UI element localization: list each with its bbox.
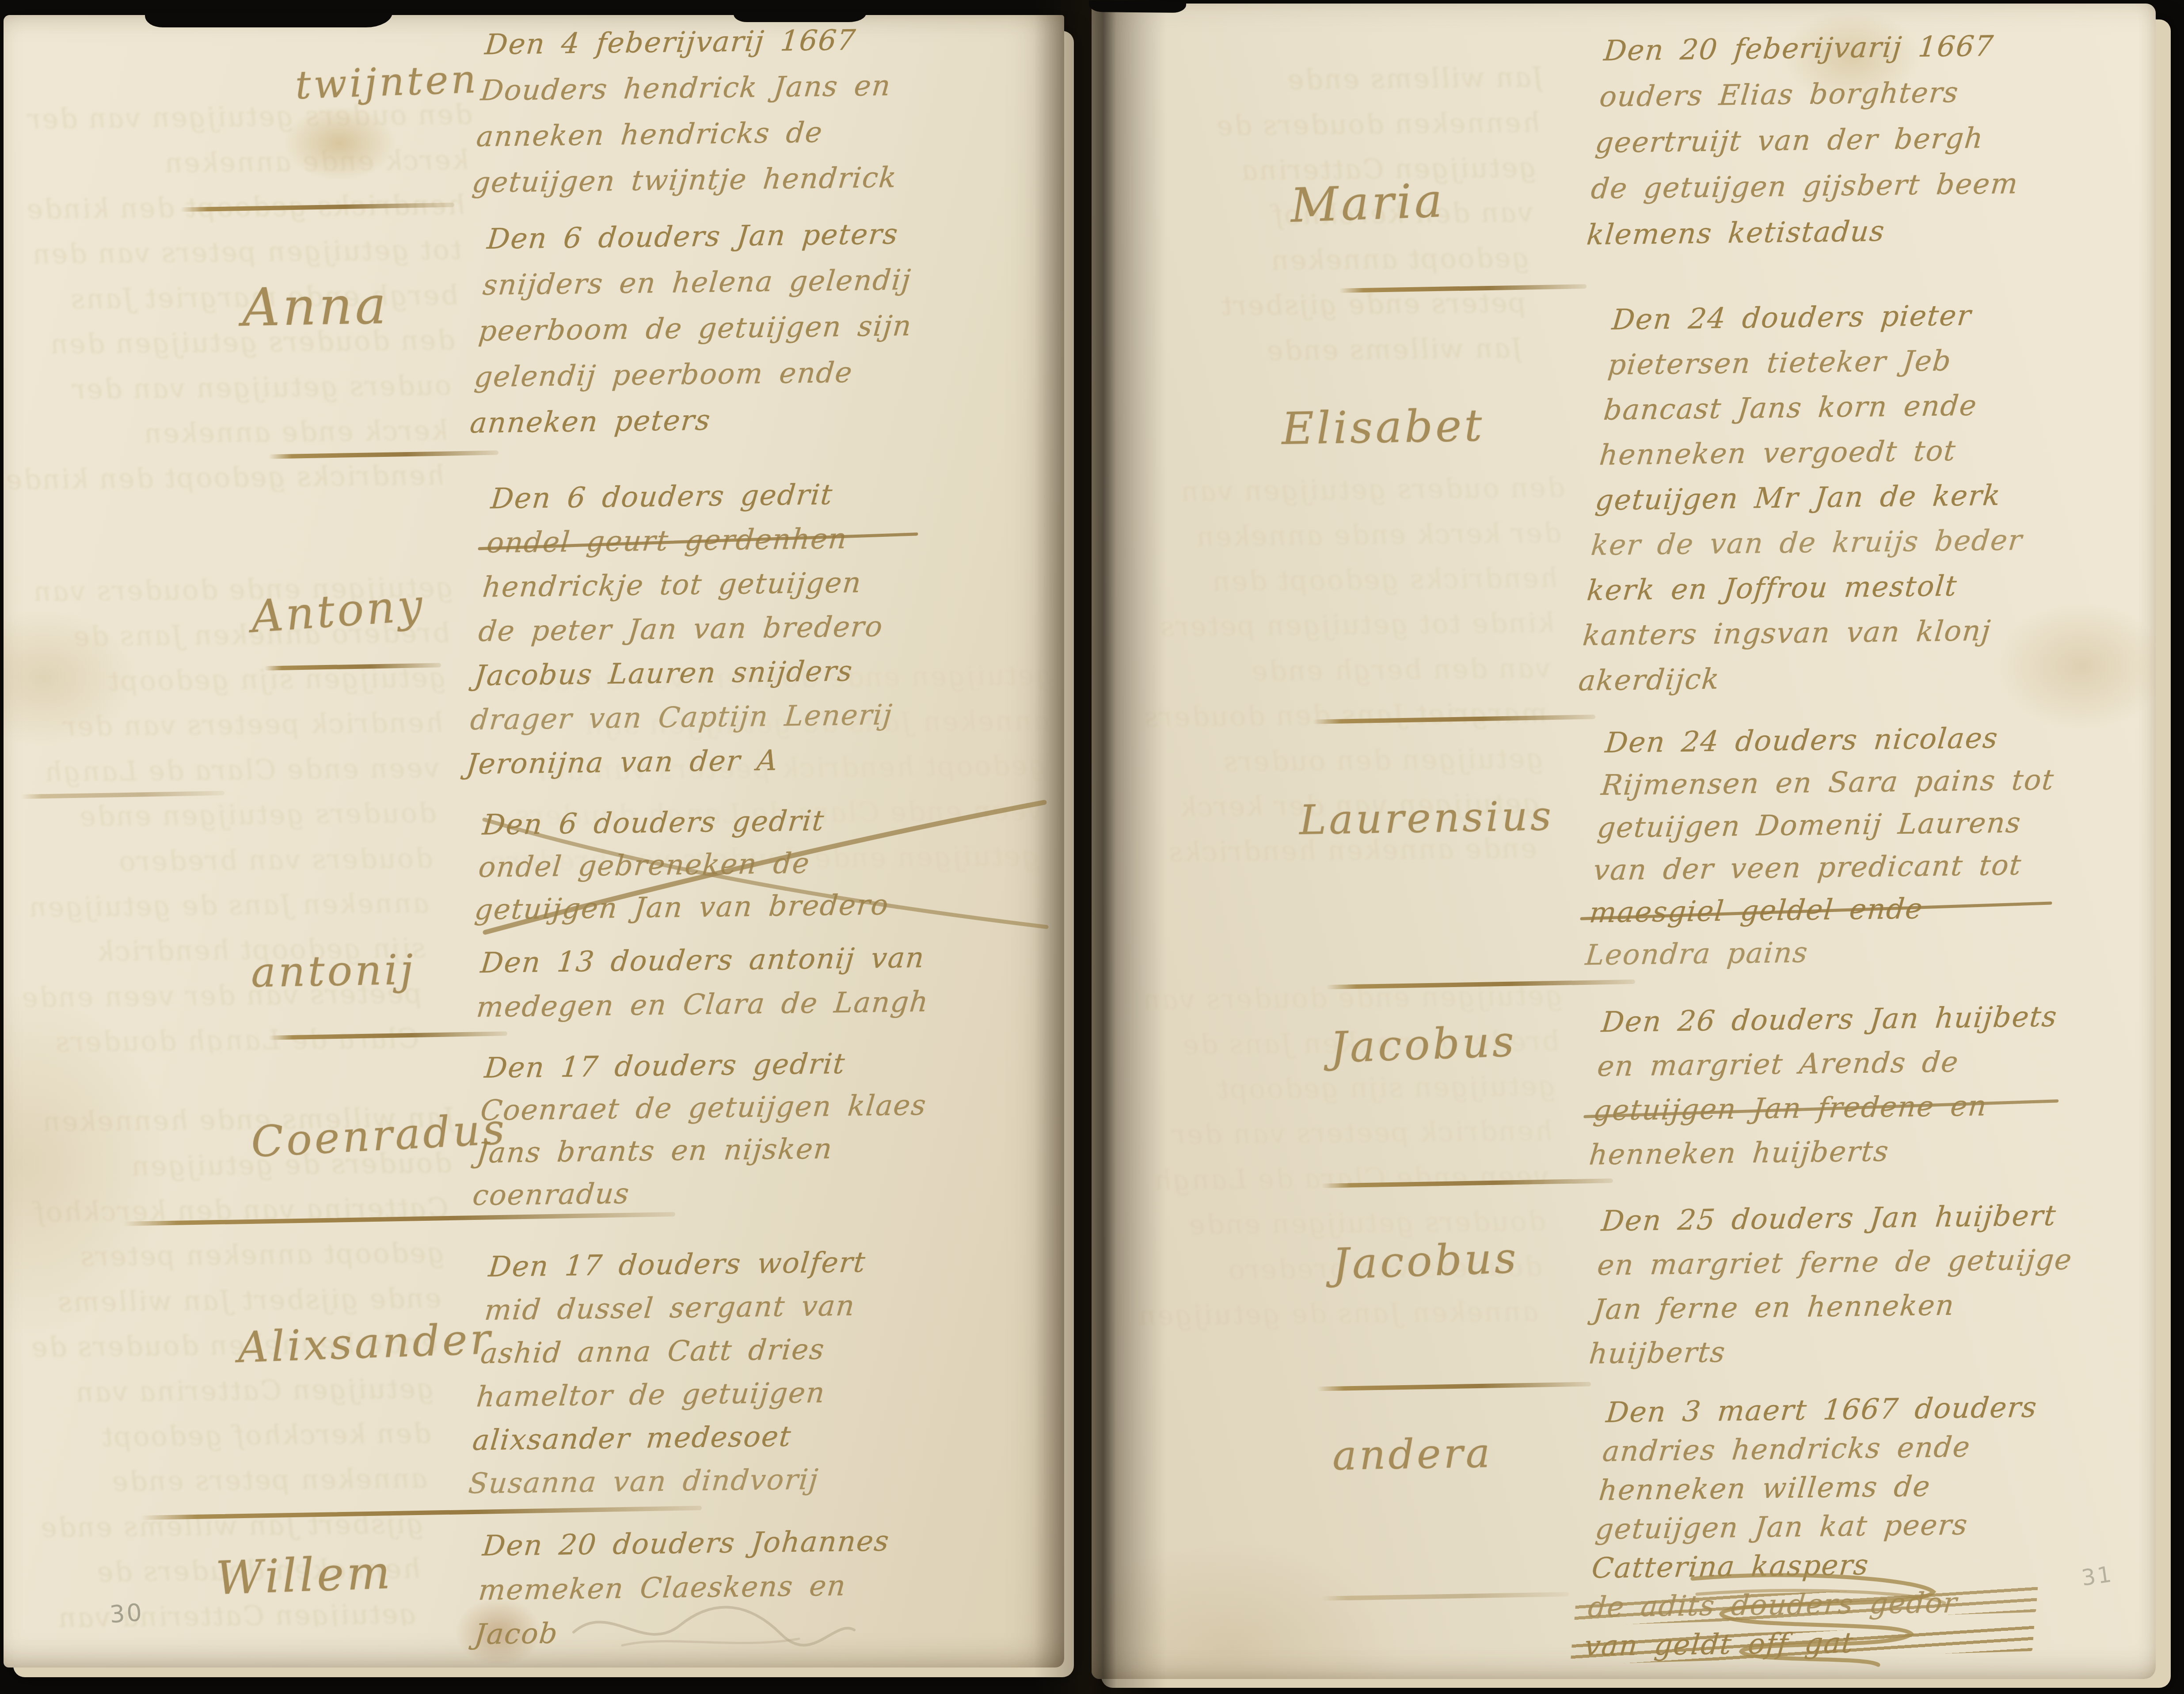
entry-text-line: henneken huijberts [1587,1128,2047,1177]
entry-text-line: huijberts [1587,1326,2066,1376]
entry-text-line: andries hendricks ende [1601,1427,2036,1471]
entry-text-line: ouders Elias borghters [1598,69,2029,120]
entry-text-line: Den 20 feberijvarij 1667 [1602,23,2033,74]
separator-rule [1321,1592,1569,1601]
entry-text-line: hendrickje tot getuijgen [481,560,907,610]
entry-text-line: kanters ingsvan van klonj [1581,608,2017,658]
entry-text-line: Den 17 douders wolfert [487,1241,868,1289]
entry-text-line: alixsander medesoet [471,1414,852,1462]
entry-margin-name: twijnten [294,56,479,108]
separator-rule [1317,1382,1591,1391]
entry-margin-name: Laurensius [1299,792,1554,844]
entry-margin-name: Maria [1290,173,1446,233]
scribble-flourish [1679,1568,1962,1674]
entry-text-line: henneken vergoedt tot [1598,428,2033,478]
entry-text-line: van der veen predicant tot [1591,844,2048,892]
entry-text-line: getuijgen Jan fredene en [1591,1083,2051,1133]
entry-text-line: klemens ketistadus [1585,207,2016,258]
entry-text-line: maesgiel geldel ende [1587,886,2044,934]
entry-text-line: henneken willems de [1597,1466,2032,1510]
entry-text-line: Den 13 douders antonij van [479,936,935,986]
entry-text-line: Leondra pains [1583,929,2040,977]
entry-text-line: coenradus [471,1169,921,1217]
entry-text-line: anneken peters [468,395,906,446]
manuscript-spread: den ouders getuijgen van der kerck ende … [0,0,2184,1694]
entry-text-line: Den 26 douders Jan huijbets [1599,995,2059,1045]
entry-text-line: peerboom de getuijgen sijn [476,303,914,354]
entry-text-line: mid dussel sergant van [483,1284,864,1333]
entry-text-line: medegen en Clara de Langh [475,980,931,1030]
folio-number-pencil: 31 [2080,1561,2115,1591]
entry-margin-name: Elisabet [1281,399,1485,455]
entry-margin-name: Willem [215,1545,394,1605]
entry-text: Den 17 douders wolfertmid dussel sergant… [467,1241,868,1505]
entry-text: Den 20 feberijvarij 1667ouders Elias bor… [1585,23,2033,258]
entry-text-line: geertruijt van der bergh [1593,115,2024,166]
folio-number-pencil: 30 [109,1598,145,1628]
entry-text: Den 6 douders gedritondel geurt gerdenhe… [464,472,915,787]
entry-text: Den 6 douders Jan peterssnijders en hele… [468,211,923,447]
entry-text-line: hameltor de getuijgen [475,1371,856,1419]
entry-text-line: getuijgen Jan kat peers [1594,1505,2028,1549]
entry-text-line: getuijgen twijntje hendrick [470,155,899,206]
entry-text: Den 13 douders antonij vanmedegen en Cla… [475,936,935,1030]
entry-text-line: Douders hendrick Jans en [479,63,908,114]
entry-text-line: de peter Jan van bredero [476,604,903,654]
entry-text-line: bancast Jans korn ende [1602,383,2037,433]
entry-text-line: ondel geurt gerdenhen [485,516,911,566]
entry-text-line: Coenraet de getuijgen klaes [479,1084,928,1132]
entry-text-line: anneken hendricks de [474,109,903,160]
entry-text: Den 24 douders pieterpietersen tieteker … [1576,292,2045,703]
entry-text-line: getuijgen Mr Jan de kerk [1593,473,2029,523]
entry-text-line: Den 25 douders Jan huijbert [1599,1193,2078,1243]
entry-text-line: Jeronijna van der A [464,737,891,786]
entry-text: Den 24 douders nicolaesRijmensen en Sara… [1583,716,2060,976]
entry-text-line: Den 3 maert 1667 douders [1604,1388,2039,1432]
entry-text-line: en margriet Arends de [1595,1039,2055,1089]
left-page: den ouders getuijgen van der kerck ende … [4,15,1064,1667]
entry-text-line: Den 24 douders nicolaes [1603,716,2060,764]
entry-margin-name: Alixsander [237,1314,494,1372]
torn-edge-notch [734,11,866,22]
entry-text-line: pietersen tieteker Jeb [1606,338,2042,388]
entry-text-line: Jan ferne en henneken [1591,1282,2070,1332]
entry-text-line: Den 17 douders gedrit [483,1042,932,1090]
entry-text-line: gelendij peerboom ende [472,349,910,400]
entry-margin-name: Jacobus [1329,1017,1517,1073]
torn-edge-notch [145,12,392,27]
entry-text-line: Den 20 douders Johannes [481,1519,892,1568]
entry-margin-name: andera [1332,1429,1493,1479]
entry-text-line: Den 24 douders pieter [1610,292,2046,342]
entry-text-line: Den 4 feberijvarij 1667 [483,17,912,68]
bleedthrough-text: den ouders getuijgen van der kerck ende … [4,92,474,494]
entry-margin-name: Anna [242,274,389,338]
cross-out-strokes [472,795,1064,941]
entry-text-line: drager van Captijn Lenerij [468,693,895,742]
entry-text-line: en margriet ferne de getuijge [1595,1238,2074,1288]
entry-text: Den 4 feberijvarij 1667Douders hendrick … [470,17,912,206]
entry-text-line: getuijgen Domenij Laurens [1595,801,2052,850]
entry-text-line: de getuijgen gijsbert beem [1589,161,2020,212]
entry-text-line: ashid anna Catt dries [479,1328,860,1376]
entry-text: Den 26 douders Jan huijbetsen margriet A… [1587,995,2059,1177]
entry-text-line: akerdijck [1576,653,2012,703]
entry-text-line: ker de van de kruijs beder [1589,518,2025,568]
ink-flourish [569,1592,861,1659]
entry-text-line: Susanna van dindvorij [467,1458,848,1506]
entry-text-line: Jacobus Lauren snijders [472,649,899,698]
entry-text-line: snijders en helena gelendij [481,257,918,308]
entry-text-line: Den 6 douders Jan peters [485,211,923,262]
entry-text-line: Den 6 douders gedrit [489,472,915,521]
right-page: Jan willems ende henneken douders de get… [1092,4,2156,1679]
entry-text-line: Rijmensen en Sara pains tot [1599,759,2056,807]
entry-margin-name: Jacobus [1332,1233,1519,1289]
entry-text: Den 17 douders gedritCoenraet de getuijg… [471,1042,932,1217]
entry-text-line: Jans brants en nijsken [475,1127,925,1174]
entry-text-line: kerk en Joffrou mestolt [1585,563,2020,613]
torn-edge-notch [1089,0,1186,13]
entry-margin-name: antonij [251,946,416,997]
entry-text: Den 25 douders Jan huijberten margriet f… [1587,1193,2078,1376]
